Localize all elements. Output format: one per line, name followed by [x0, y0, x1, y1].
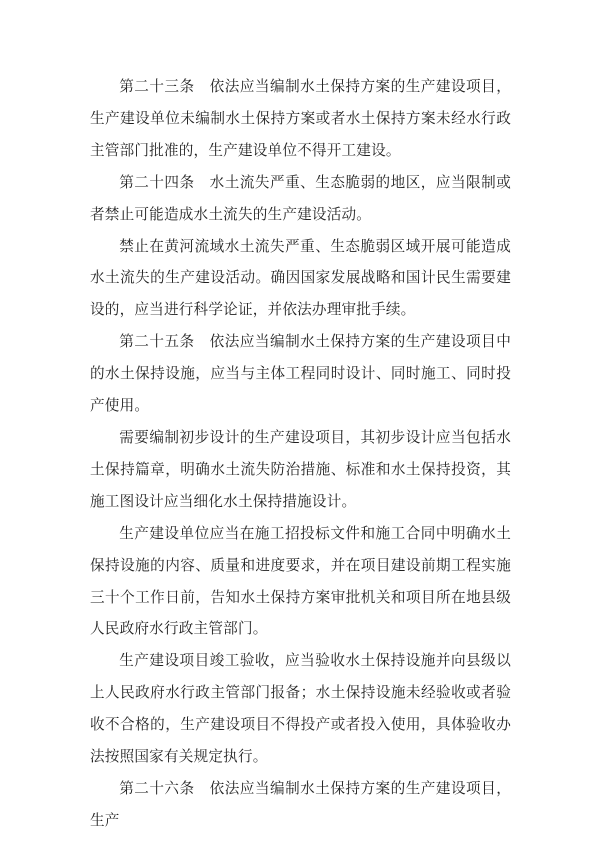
- paragraph-article-25-continued-3: 生产建设项目竣工验收，应当验收水土保持设施并向县级以上人民政府水行政主管部门报备…: [90, 646, 511, 774]
- paragraph-article-26: 第二十六条 依法应当编制水土保持方案的生产建设项目，生产: [90, 774, 511, 838]
- paragraph-article-25: 第二十五条 依法应当编制水土保持方案的生产建设项目中的水土保持设施，应当与主体工…: [90, 327, 511, 423]
- paragraph-article-25-continued-2: 生产建设单位应当在施工招投标文件和施工合同中明确水土保持设施的内容、质量和进度要…: [90, 519, 511, 647]
- paragraph-article-23: 第二十三条 依法应当编制水土保持方案的生产建设项目，生产建设单位未编制水土保持方…: [90, 72, 511, 168]
- paragraph-article-24: 第二十四条 水土流失严重、生态脆弱的地区，应当限制或者禁止可能造成水土流失的生产…: [90, 168, 511, 232]
- paragraph-article-24-continued: 禁止在黄河流域水土流失严重、生态脆弱区域开展可能造成水土流失的生产建设活动。确因…: [90, 232, 511, 328]
- document-text-block: 第二十三条 依法应当编制水土保持方案的生产建设项目，生产建设单位未编制水土保持方…: [90, 72, 511, 838]
- paragraph-article-25-continued-1: 需要编制初步设计的生产建设项目，其初步设计应当包括水土保持篇章，明确水土流失防治…: [90, 423, 511, 519]
- document-page: 第二十三条 依法应当编制水土保持方案的生产建设项目，生产建设单位未编制水土保持方…: [0, 0, 600, 848]
